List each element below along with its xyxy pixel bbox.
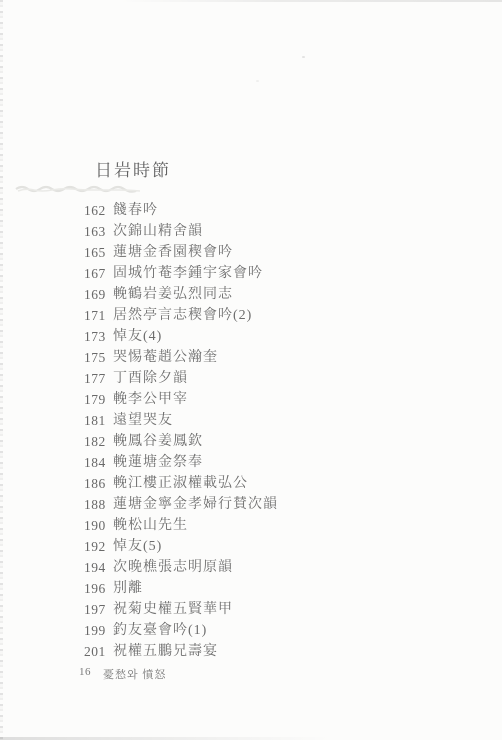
toc-page-number: 188: [84, 494, 106, 515]
toc-entry-title: 餞春吟: [113, 200, 158, 221]
section-title: 日岩時節: [95, 156, 171, 181]
toc-entry: 199釣友臺會吟(1): [0, 620, 502, 641]
toc-entry-title: 輓李公甲宰: [113, 389, 188, 410]
scan-top-edge: [120, 0, 502, 2]
toc-entry-title: 祝菊史權五賢華甲: [113, 599, 233, 620]
toc-entry: 196別離: [0, 578, 502, 599]
toc-entry: 163次錦山精舍韻: [0, 221, 502, 242]
toc-page-number: 194: [84, 557, 106, 578]
toc-page-number: 196: [84, 578, 106, 599]
table-of-contents: 162餞春吟163次錦山精舍韻165蓮塘金香園稧會吟167固城竹菴李鍾宇家會吟1…: [0, 200, 502, 662]
toc-page-number: 173: [84, 326, 106, 347]
toc-entry: 201祝權五鵬兄壽宴: [0, 641, 502, 662]
toc-page-number: 175: [84, 347, 106, 368]
toc-entry-title: 輓江樓正淑權載弘公: [113, 473, 248, 494]
toc-page-number: 179: [84, 389, 106, 410]
footer-book-title: 憂愁와 憤怒: [103, 666, 166, 682]
toc-entry-title: 固城竹菴李鍾宇家會吟: [113, 263, 263, 284]
toc-entry: 162餞春吟: [0, 200, 502, 221]
toc-entry-title: 輓鳳谷姜鳳欽: [113, 431, 203, 452]
toc-entry: 197祝菊史權五賢華甲: [0, 599, 502, 620]
underline-smudge: [14, 182, 144, 194]
toc-page-number: 192: [84, 536, 106, 557]
toc-entry-title: 丁酉除夕韻: [113, 368, 188, 389]
toc-entry: 188蓮塘金寧金孝婦行賛次韻: [0, 494, 502, 515]
toc-entry-title: 哭惕菴趙公瀚奎: [113, 347, 218, 368]
toc-page-number: 169: [84, 284, 106, 305]
toc-entry: 181遠望哭友: [0, 410, 502, 431]
toc-entry-title: 悼友(5): [113, 536, 162, 557]
toc-entry-title: 輓蓮塘金祭奉: [113, 452, 203, 473]
toc-entry: 186輓江樓正淑權載弘公: [0, 473, 502, 494]
toc-entry: 182輓鳳谷姜鳳欽: [0, 431, 502, 452]
toc-entry-title: 遠望哭友: [113, 410, 173, 431]
toc-entry: 194次晚樵張志明原韻: [0, 557, 502, 578]
toc-entry-title: 次晚樵張志明原韻: [113, 557, 233, 578]
toc-entry: 184輓蓮塘金祭奉: [0, 452, 502, 473]
toc-page-number: 182: [84, 431, 106, 452]
toc-entry: 165蓮塘金香園稧會吟: [0, 242, 502, 263]
toc-entry: 171居然亭言志稧會吟(2): [0, 305, 502, 326]
toc-page-number: 197: [84, 599, 106, 620]
toc-entry: 169輓鶴岩姜弘烈同志: [0, 284, 502, 305]
toc-page-number: 190: [84, 515, 106, 536]
toc-entry: 175哭惕菴趙公瀚奎: [0, 347, 502, 368]
footer-page-number: 16: [79, 666, 91, 678]
toc-page-number: 167: [84, 263, 106, 284]
toc-entry-title: 釣友臺會吟(1): [113, 620, 207, 641]
toc-entry: 173悼友(4): [0, 326, 502, 347]
toc-entry-title: 蓮塘金寧金孝婦行賛次韻: [113, 494, 278, 515]
toc-entry-title: 輓鶴岩姜弘烈同志: [113, 284, 233, 305]
toc-entry: 190輓松山先生: [0, 515, 502, 536]
scan-speck: [256, 80, 259, 82]
toc-page-number: 163: [84, 221, 106, 242]
toc-entry: 179輓李公甲宰: [0, 389, 502, 410]
toc-entry-title: 居然亭言志稧會吟(2): [113, 305, 252, 326]
toc-entry: 167固城竹菴李鍾宇家會吟: [0, 263, 502, 284]
toc-page-number: 177: [84, 368, 106, 389]
toc-page-number: 165: [84, 242, 106, 263]
toc-page-number: 162: [84, 200, 106, 221]
scan-speck: [302, 56, 305, 58]
toc-entry-title: 次錦山精舍韻: [113, 221, 203, 242]
toc-page-number: 181: [84, 410, 106, 431]
toc-entry-title: 悼友(4): [113, 326, 162, 347]
toc-page-number: 186: [84, 473, 106, 494]
toc-page-number: 184: [84, 452, 106, 473]
toc-page-number: 201: [84, 641, 106, 662]
toc-page-number: 199: [84, 620, 106, 641]
toc-entry-title: 蓮塘金香園稧會吟: [113, 242, 233, 263]
toc-entry-title: 輓松山先生: [113, 515, 188, 536]
toc-entry-title: 祝權五鵬兄壽宴: [113, 641, 218, 662]
toc-page-number: 171: [84, 305, 106, 326]
scanned-book-page: 日岩時節 162餞春吟163次錦山精舍韻165蓮塘金香園稧會吟167固城竹菴李鍾…: [0, 0, 502, 740]
toc-entry: 192悼友(5): [0, 536, 502, 557]
toc-entry-title: 別離: [113, 578, 143, 599]
toc-entry: 177丁酉除夕韻: [0, 368, 502, 389]
